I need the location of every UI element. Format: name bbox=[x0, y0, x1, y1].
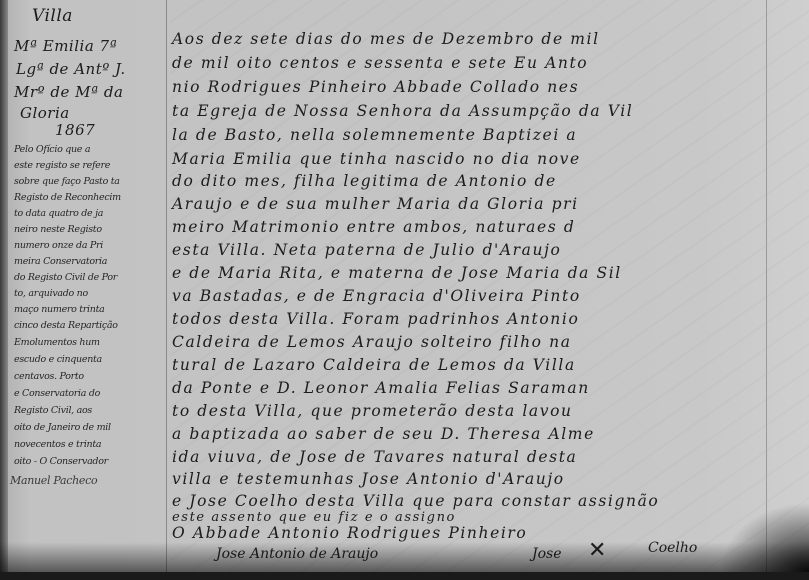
entry-line: de mil oito centos e sessenta e sete Eu … bbox=[172, 54, 588, 72]
margin-annotation-line: e Conservatoria do bbox=[14, 388, 100, 399]
entry-line: va Bastadas, e de Engracia d'Oliveira Pi… bbox=[172, 287, 581, 305]
entry-line: e de Maria Rita, e materna de Jose Maria… bbox=[172, 264, 622, 282]
margin-annotation-line: oito - O Conservador bbox=[14, 456, 108, 467]
witness-signature-araujo: Jose Antonio de Araujo bbox=[216, 546, 378, 562]
margin-annotation-line: to, arquivado no bbox=[14, 288, 88, 299]
margin-annotation-line: este registo se refere bbox=[14, 160, 110, 171]
entry-line: Aos dez sete dias do mes de Dezembro de … bbox=[172, 30, 600, 48]
margin-annotation-line: escudo e cinquenta bbox=[14, 354, 102, 365]
entry-line: la de Basto, nella solemnemente Baptizei… bbox=[172, 126, 577, 144]
margin-annotation-line: oito de Janeiro de mil bbox=[14, 422, 111, 433]
margin-annotation-line: Registo Civil, aos bbox=[14, 405, 92, 416]
margin-annotation-line: Emolumentos hum bbox=[14, 337, 100, 348]
entry-line: Araujo e de sua mulher Maria da Gloria p… bbox=[172, 195, 579, 213]
entry-line: esta Villa. Neta paterna de Julio d'Arau… bbox=[172, 241, 561, 259]
entry-line: Maria Emilia que tinha nascido no dia no… bbox=[172, 150, 581, 168]
entry-line: to desta Villa, que prometerão desta lav… bbox=[172, 402, 573, 420]
corner-shadow bbox=[719, 502, 809, 572]
witness-signature-coelho: Coelho bbox=[648, 540, 697, 556]
margin-heading-line: Villa bbox=[32, 6, 73, 26]
entry-line: Caldeira de Lemos Araujo solteiro filho … bbox=[172, 333, 572, 351]
entry-line-priest-signature: O Abbade Antonio Rodrigues Pinheiro bbox=[172, 524, 527, 542]
margin-rule-line bbox=[166, 0, 167, 572]
margin-annotation-line: centavos. Porto bbox=[14, 371, 84, 382]
page-binding-edge bbox=[0, 0, 8, 572]
margin-heading-year: 1867 bbox=[55, 121, 95, 139]
entry-line: e Jose Coelho desta Villa que para const… bbox=[172, 492, 659, 510]
margin-annotation-signature: Manuel Pacheco bbox=[10, 474, 97, 487]
margin-annotation-line: Pelo Ofício que a bbox=[14, 144, 90, 155]
margin-annotation-line: novecentos e trinta bbox=[14, 439, 101, 450]
margin-annotation-line: sobre que faço Pasto ta bbox=[14, 176, 120, 187]
margin-annotation-line: neiro neste Registo bbox=[14, 224, 102, 235]
entry-line: da Ponte e D. Leonor Amalia Felias Saram… bbox=[172, 379, 590, 397]
margin-annotation-line: numero onze da Pri bbox=[14, 240, 103, 251]
entry-line: nio Rodrigues Pinheiro Abbade Collado ne… bbox=[172, 78, 579, 96]
margin-annotation-line: cinco desta Repartição bbox=[14, 320, 118, 331]
margin-annotation-line: meira Conservatoria bbox=[14, 256, 107, 267]
margin-annotation-line: to data quatro de ja bbox=[14, 208, 103, 219]
margin-heading-line: Lgª de Antº J. bbox=[16, 60, 126, 78]
witness-signature-jose: Jose bbox=[532, 546, 562, 562]
margin-heading-line: Gloria bbox=[20, 104, 70, 122]
entry-line: tural de Lazaro Caldeira de Lemos da Vil… bbox=[172, 356, 576, 374]
margin-annotation-line: do Registo Civil de Por bbox=[14, 272, 117, 283]
entry-line: este assento que eu fiz e o assigno bbox=[172, 510, 456, 525]
entry-line: ida viuva, de Jose de Tavares natural de… bbox=[172, 448, 577, 466]
right-rule-line bbox=[766, 0, 767, 572]
margin-heading-line: Mrº de Mª da bbox=[14, 83, 123, 101]
witness-mark-cross-icon: ✕ bbox=[588, 538, 606, 563]
entry-line: meiro Matrimonio entre ambos, naturaes d bbox=[172, 218, 575, 236]
entry-line: a baptizada ao saber de seu D. Theresa A… bbox=[172, 425, 595, 443]
entry-line: todos desta Villa. Foram padrinhos Anton… bbox=[172, 310, 579, 328]
register-page: Villa Mª Emilia 7ª Lgª de Antº J. Mrº de… bbox=[0, 0, 809, 572]
entry-line: do dito mes, filha legitima de Antonio d… bbox=[172, 172, 557, 190]
margin-heading-line: Mª Emilia 7ª bbox=[14, 37, 117, 55]
entry-line: villa e testemunhas Jose Antonio d'Arauj… bbox=[172, 470, 565, 488]
margin-annotation-line: maço numero trinta bbox=[14, 304, 104, 315]
entry-line: ta Egreja de Nossa Senhora da Assumpção … bbox=[172, 102, 633, 120]
margin-annotation-line: Registo de Reconhecim bbox=[14, 192, 121, 203]
